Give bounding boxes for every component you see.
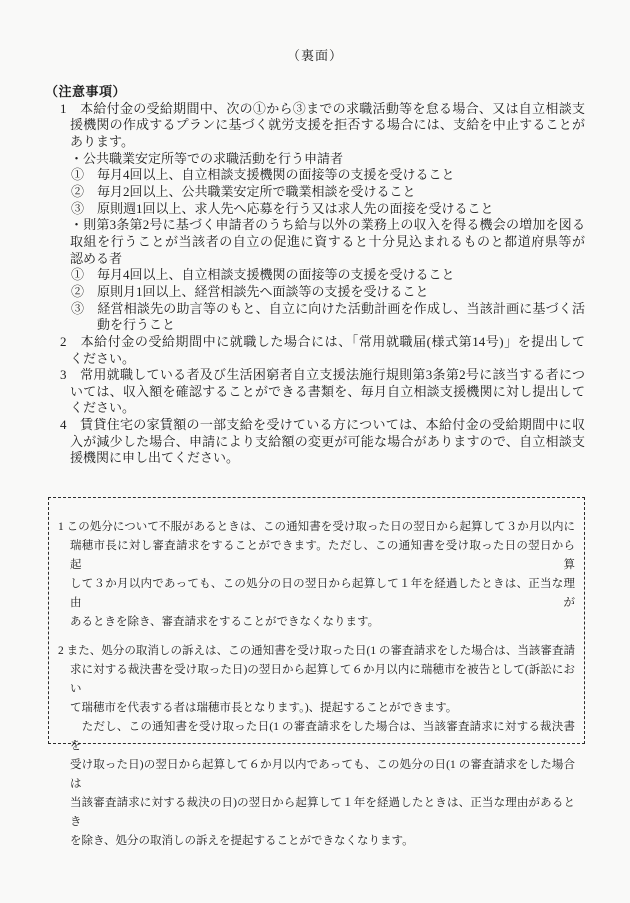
- note-line: 3 常用就職している者及び生活困窮者自立支援法施行規則第3条第2号に該当する者に…: [45, 367, 585, 384]
- note-line: 入が減少した場合、申請により支給額の変更が可能な場合がありますので、自立相談支: [45, 434, 585, 451]
- appeal-line: を除き、処分の取消しの訴えを提起することができなくなります。: [70, 832, 575, 851]
- note-line: あります。: [45, 134, 585, 151]
- appeal-line: 瑞穂市長に対し審査請求をすることができます。ただし、この通知書を受け取った日の翌…: [70, 537, 575, 575]
- notes-section: （注意事項） 1 本給付金の受給期間中、次の①から③までの求職活動等を怠る場合、…: [45, 84, 585, 467]
- notes-heading: （注意事項）: [45, 84, 585, 101]
- appeal-line: て瑞穂市を代表する者は瑞穂市長となります。)、提起することができます。: [70, 699, 575, 718]
- note-line: ください。: [45, 400, 585, 417]
- note-line: 1 本給付金の受給期間中、次の①から③までの求職活動等を怠る場合、又は自立相談支: [45, 101, 585, 118]
- appeal-paragraph-1: 1 この処分について不服があるときは、この通知書を受け取った日の翌日から起算して…: [70, 518, 575, 632]
- note-line: ください。: [45, 351, 585, 368]
- note-line: いては、収入額を確認することができる書類を、毎月自立相談支援機関に対し提出して: [45, 384, 585, 401]
- appeal-line: あるときを除き、審査請求をすることができなくなります。: [70, 613, 575, 632]
- note-line: 2 本給付金の受給期間中に就職した場合には、「常用就職届(様式第14号)」を提出…: [45, 334, 585, 351]
- appeal-paragraph-2: 2 また、処分の取消しの訴えは、この通知書を受け取った日(1 の審査請求をした場…: [70, 642, 575, 851]
- note-line: 動を行うこと: [45, 317, 585, 334]
- appeal-line: 求に対する裁決書を受け取った日)の翌日から起算して６か月以内に瑞穂市を被告として…: [70, 661, 575, 699]
- note-line: ② 原則月1回以上、経営相談先へ面談等の支援を受けること: [45, 284, 585, 301]
- appeal-line: 2 また、処分の取消しの訴えは、この通知書を受け取った日(1 の審査請求をした場…: [70, 642, 575, 661]
- note-line: 4 賃貸住宅の家賃額の一部支給を受けている方については、本給付金の受給期間中に収: [45, 417, 585, 434]
- note-line: ③ 原則週1回以上、求人先へ応募を行う又は求人先の面接を受けること: [45, 201, 585, 218]
- note-line: ③ 経営相談先の助言等のもと、自立に向けた活動計画を作成し、当該計画に基づく活: [45, 301, 585, 318]
- note-line: 援機関に申し出てください。: [45, 450, 585, 467]
- note-line: 取組を行うことが当該者の自立の促進に資すると十分見込まれるものと都道府県等が: [45, 234, 585, 251]
- page-side-label: （裏面）: [0, 45, 630, 64]
- note-line: ① 毎月4回以上、自立相談支援機関の面接等の支援を受けること: [45, 167, 585, 184]
- appeal-line: 当該審査請求に対する裁決の日)の翌日から起算して１年を経過したときは、正当な理由…: [70, 794, 575, 832]
- note-line: 認める者: [45, 251, 585, 268]
- appeal-line: 1 この処分について不服があるときは、この通知書を受け取った日の翌日から起算して…: [70, 518, 575, 537]
- appeal-line: して３か月以内であっても、この処分の日の翌日から起算して１年を経過したときは、正…: [70, 575, 575, 613]
- note-line: 援機関の作成するプランに基づく就労支援を拒否する場合には、支給を中止することが: [45, 117, 585, 134]
- appeal-line: 受け取った日)の翌日から起算して６か月以内であっても、この処分の日(1 の審査請…: [70, 756, 575, 794]
- appeal-line: ただし、この通知書を受け取った日(1 の審査請求をした場合は、当該審査請求に対す…: [70, 718, 575, 756]
- note-line: ・則第3条第2号に基づく申請者のうち給与以外の業務上の収入を得る機会の増加を図る: [45, 217, 585, 234]
- note-line: ① 毎月4回以上、自立相談支援機関の面接等の支援を受けること: [45, 267, 585, 284]
- document-page: （裏面） （注意事項） 1 本給付金の受給期間中、次の①から③までの求職活動等を…: [0, 0, 630, 903]
- note-line: ・公共職業安定所等での求職活動を行う申請者: [45, 151, 585, 168]
- note-line: ② 毎月2回以上、公共職業安定所で職業相談を受けること: [45, 184, 585, 201]
- appeal-notice-box: 1 この処分について不服があるときは、この通知書を受け取った日の翌日から起算して…: [48, 497, 585, 744]
